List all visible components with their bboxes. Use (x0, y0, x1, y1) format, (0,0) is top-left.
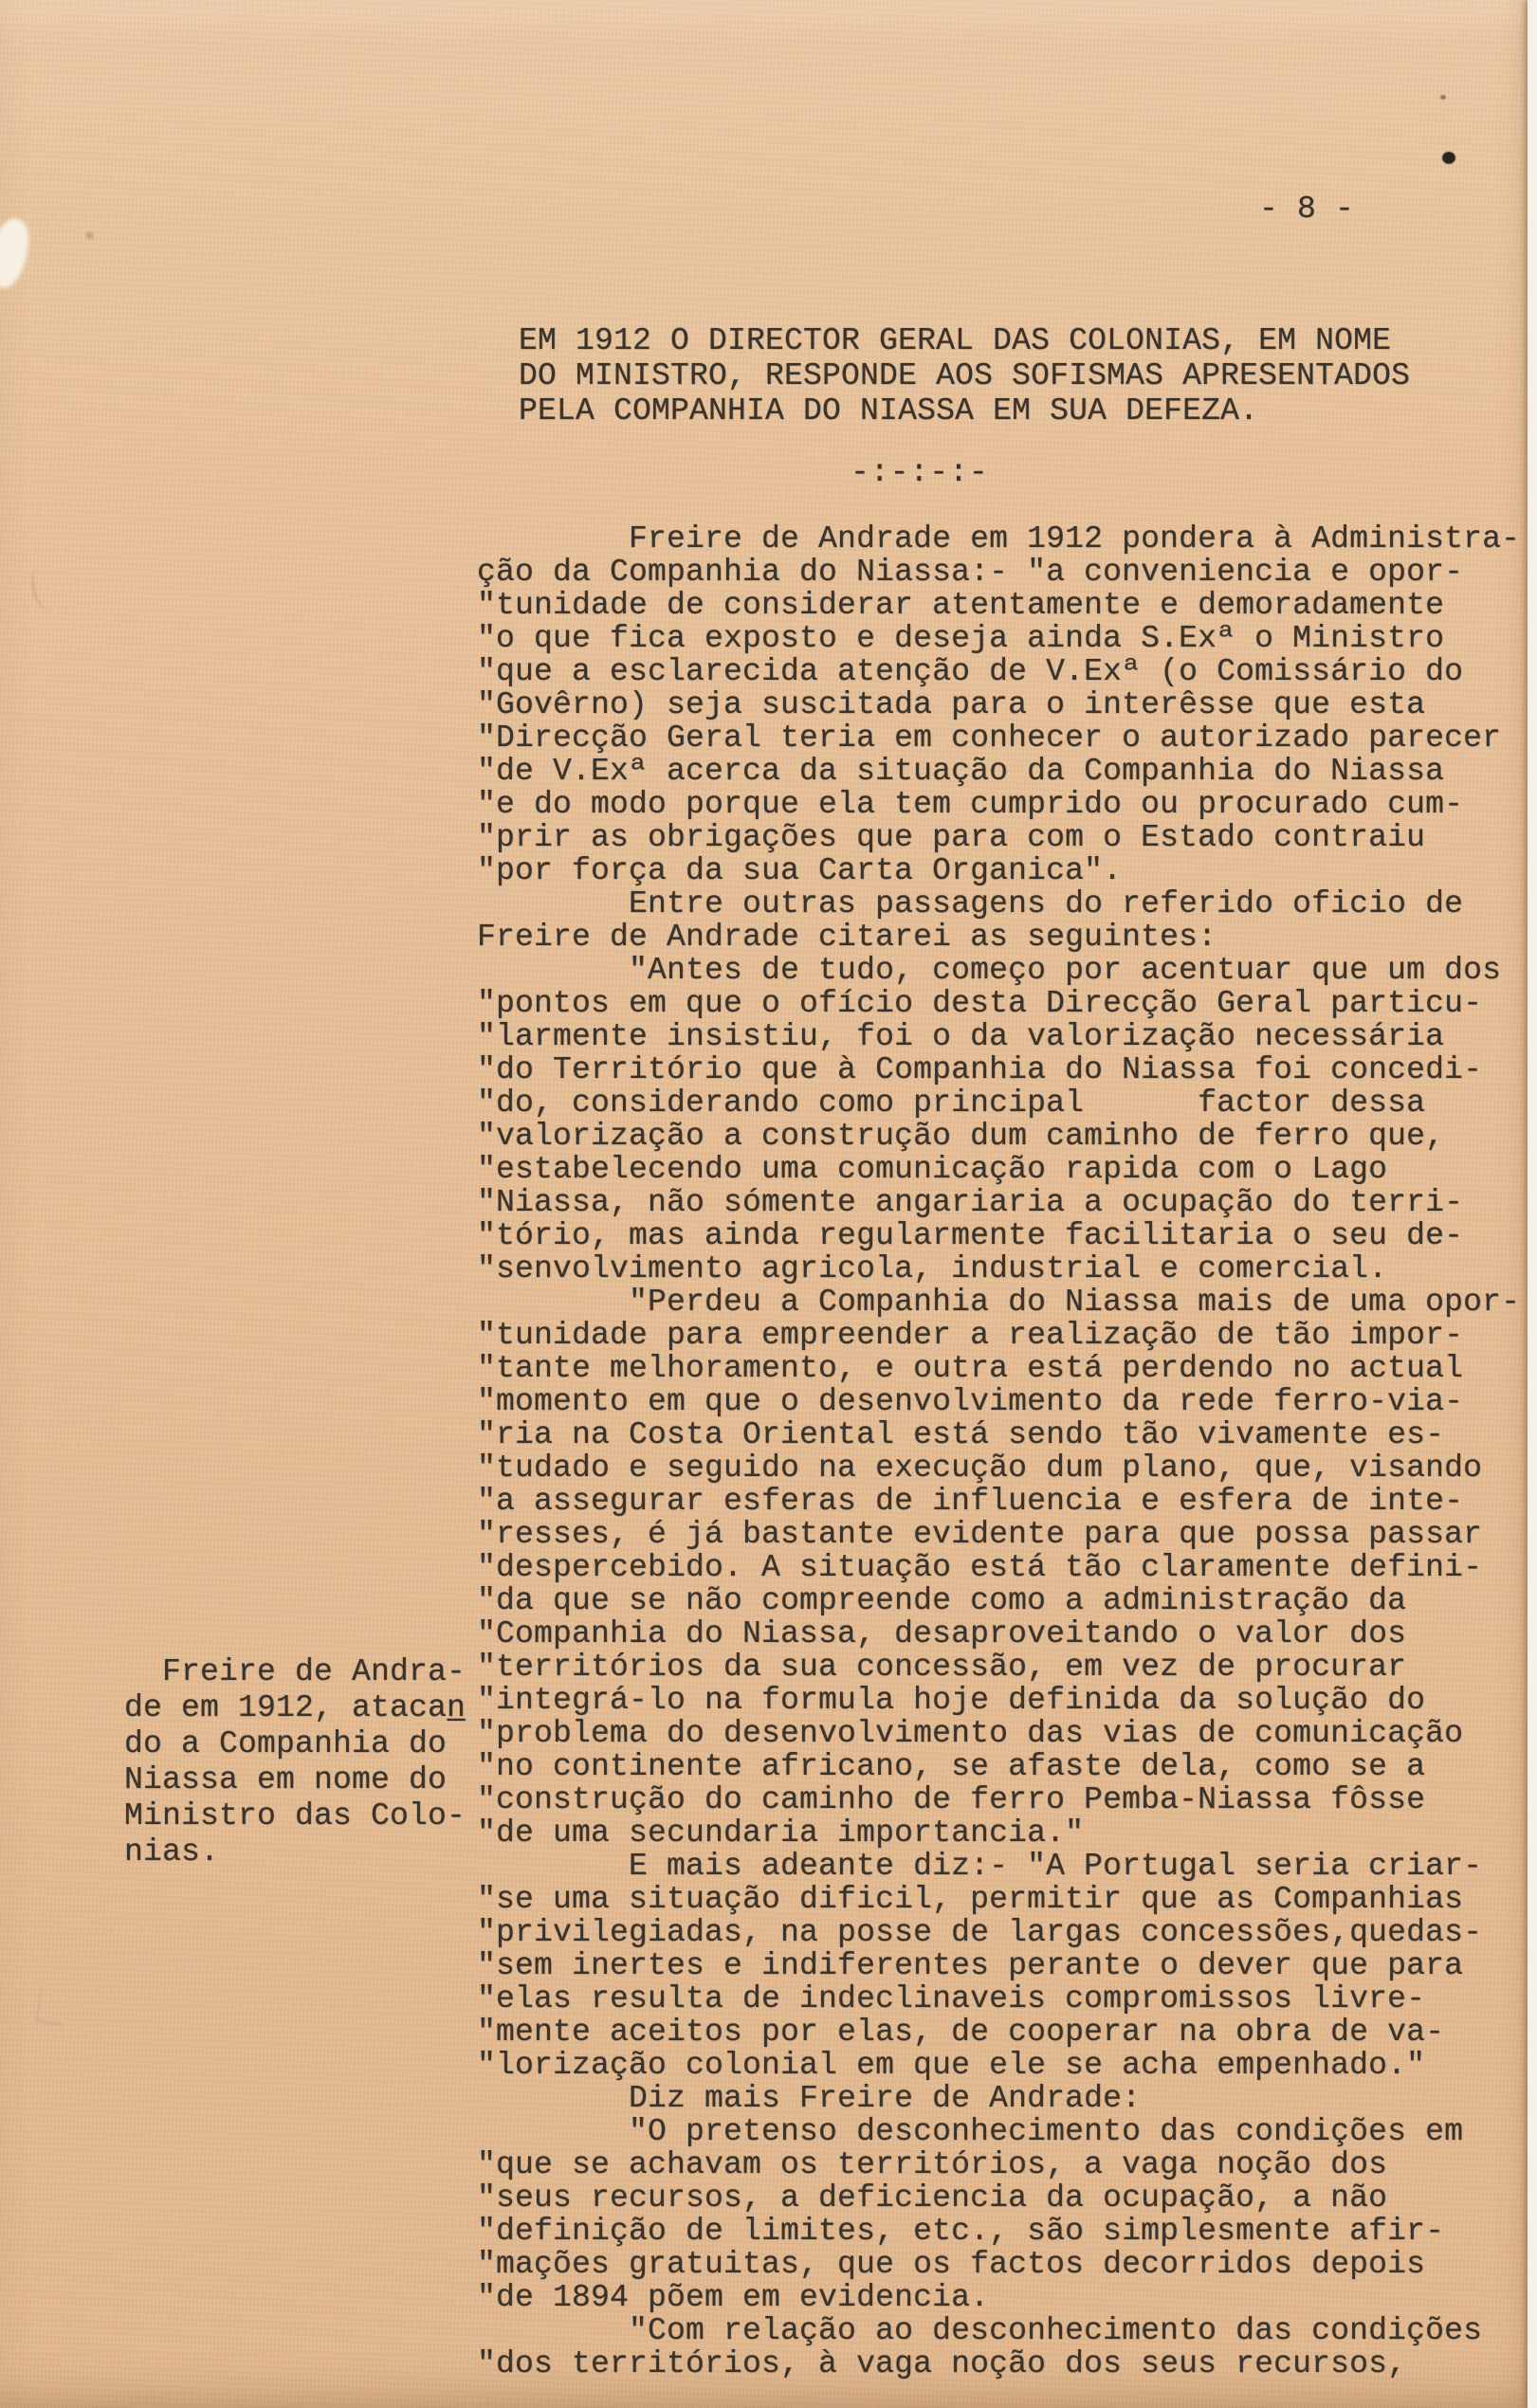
typed-line: "problema do desenvolvimento das vias de… (477, 1717, 1520, 1750)
typed-line: "tante melhoramento, e outra está perden… (477, 1352, 1520, 1385)
typed-line: Entre outras passagens do referido ofici… (477, 887, 1520, 921)
ink-dot (1442, 152, 1455, 164)
typed-line: "mações gratuitas, que os factos decorri… (477, 2248, 1520, 2281)
typed-line: Diz mais Freire de Andrade: (477, 2082, 1520, 2115)
typed-line: "Antes de tudo, começo por acentuar que … (477, 954, 1520, 987)
typed-line: "Niassa, não sómente angariaria a ocupaç… (477, 1186, 1520, 1219)
typed-line: "da que se não compreende como a adminis… (477, 1584, 1520, 1617)
typed-line: "integrá-lo na formula hoje definida da … (477, 1684, 1520, 1717)
typed-line: "dos territórios, à vaga noção dos seus … (477, 2347, 1520, 2381)
margin-note-line: Freire de Andra- (124, 1654, 466, 1690)
margin-note-line: do a Companhia do (124, 1726, 466, 1762)
typed-line: "tudado e seguido na execução dum plano,… (477, 1451, 1520, 1485)
typed-line: "o que fica exposto e deseja ainda S.Exª… (477, 622, 1520, 655)
typed-line: "ria na Costa Oriental está sendo tão vi… (477, 1418, 1520, 1451)
typed-line: "resses, é já bastante evidente para que… (477, 1518, 1520, 1551)
typed-line: "Perdeu a Companhia do Niassa mais de um… (477, 1286, 1520, 1319)
typed-line: "tório, mas ainda regularmente facilitar… (477, 1219, 1520, 1252)
scan-edge (1528, 0, 1537, 2408)
typed-line: "Direcção Geral teria em conhecer o auto… (477, 721, 1520, 755)
typed-line: ção da Companhia do Niassa:- "a convenie… (477, 556, 1520, 589)
typed-line: "Companhia do Niassa, desaproveitando o … (477, 1617, 1520, 1651)
typed-line: "elas resulta de indeclinaveis compromis… (477, 1982, 1520, 2016)
typed-line: "prir as obrigações que para com o Estad… (477, 821, 1520, 854)
margin-note: Freire de Andra-de em 1912, atacan̲do a … (124, 1654, 466, 1870)
typed-line: "valorização a construção dum caminho de… (477, 1120, 1520, 1153)
typed-line: "mente aceitos por elas, de cooperar na … (477, 2016, 1520, 2049)
typed-line: "estabelecendo uma comunicação rapida co… (477, 1153, 1520, 1186)
typed-line: "e do modo porque ela tem cumprido ou pr… (477, 788, 1520, 821)
margin-note-line: de em 1912, atacan̲ (124, 1690, 466, 1726)
typed-line: "do, considerando como principal factor … (477, 1086, 1520, 1120)
typed-line: "definição de limites, etc., são simples… (477, 2215, 1520, 2248)
typed-line: "larmente insistiu, foi o da valorização… (477, 1020, 1520, 1053)
typed-line: "Govêrno) seja suscitada para o interêss… (477, 688, 1520, 721)
typed-line: "a assegurar esferas de influencia e esf… (477, 1485, 1520, 1518)
typed-line: "construção do caminho de ferro Pemba-Ni… (477, 1783, 1520, 1816)
typed-line: "no continente africano, se afaste dela,… (477, 1750, 1520, 1783)
typed-line: "do Território que à Companhia do Niassa… (477, 1053, 1520, 1086)
margin-note-line: Ministro das Colo- (124, 1798, 466, 1834)
heading-line: DO MINISTRO, RESPONDE AOS SOFISMAS APRES… (519, 358, 1410, 393)
typed-line: E mais adeante diz:- "A Portugal seria c… (477, 1850, 1520, 1883)
typed-line: "se uma situação dificil, permitir que a… (477, 1883, 1520, 1916)
margin-note-line: Niassa em nome do (124, 1762, 466, 1798)
document-heading: EM 1912 O DIRECTOR GERAL DAS COLONIAS, E… (519, 323, 1410, 429)
section-separator: -:-:-:- (851, 456, 989, 489)
typed-line: "tunidade para empreender a realização d… (477, 1319, 1520, 1352)
typed-line: "que se achavam os territórios, a vaga n… (477, 2148, 1520, 2181)
typed-line: "momento em que o desenvolvimento da red… (477, 1385, 1520, 1418)
typed-line: "Com relação ao desconhecimento das cond… (477, 2314, 1520, 2347)
typed-line: "lorização colonial em que ele se acha e… (477, 2049, 1520, 2082)
paper-stain (83, 230, 96, 241)
typed-line: "tunidade de considerar atentamente e de… (477, 589, 1520, 622)
paper-scratch (36, 1987, 67, 2026)
typewritten-document-page: - 8 - EM 1912 O DIRECTOR GERAL DAS COLON… (0, 0, 1537, 2408)
typed-line: "de uma secundaria importancia." (477, 1816, 1520, 1850)
body-text: Freire de Andrade em 1912 pondera à Admi… (477, 522, 1520, 2381)
typed-line: "O pretenso desconhecimento das condiçõe… (477, 2115, 1520, 2148)
typed-line: "territórios da sua concessão, em vez de… (477, 1651, 1520, 1684)
typed-line: "de V.Exª acerca da situação da Companhi… (477, 755, 1520, 788)
typed-line: "pontos em que o ofício desta Direcção G… (477, 987, 1520, 1020)
margin-note-line: nias. (124, 1834, 466, 1870)
typed-line: "privilegiadas, na posse de largas conce… (477, 1916, 1520, 1949)
typed-line: "senvolvimento agricola, industrial e co… (477, 1252, 1520, 1286)
paper-scratch (27, 565, 61, 613)
typed-line: "seus recursos, a deficiencia da ocupaçã… (477, 2181, 1520, 2215)
typed-line: "despercebido. A situação está tão clara… (477, 1551, 1520, 1584)
heading-line: EM 1912 O DIRECTOR GERAL DAS COLONIAS, E… (519, 323, 1410, 358)
heading-line: PELA COMPANHIA DO NIASSA EM SUA DEFEZA. (519, 393, 1410, 429)
typed-line: Freire de Andrade citarei as seguintes: (477, 921, 1520, 954)
typed-line: "sem inertes e indiferentes perante o de… (477, 1949, 1520, 1982)
typed-line: "que a esclarecida atenção de V.Exª (o C… (477, 655, 1520, 688)
paper-tear-spot (0, 215, 33, 291)
ink-speck (1440, 95, 1446, 100)
typed-line: Freire de Andrade em 1912 pondera à Admi… (477, 522, 1520, 556)
page-number: - 8 - (1259, 192, 1354, 226)
typed-line: "por força da sua Carta Organica". (477, 854, 1520, 887)
typed-line: "de 1894 põem em evidencia. (477, 2281, 1520, 2314)
